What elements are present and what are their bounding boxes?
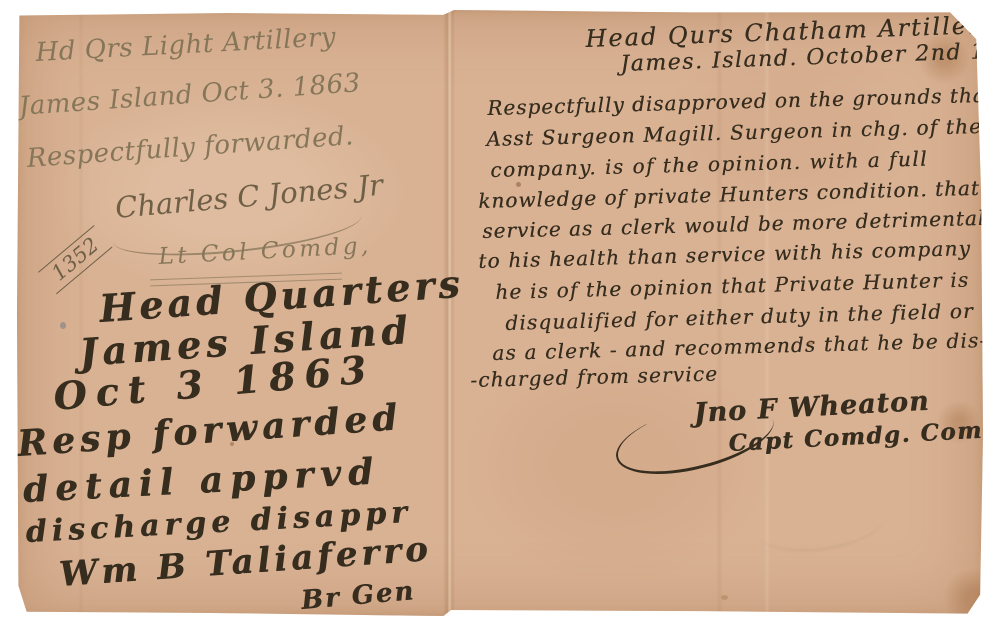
body-line: -charged from service (470, 364, 718, 390)
foxing-spot (516, 182, 521, 187)
pencil-endorsement-dateline: James Island Oct 3. 1863 (18, 70, 361, 120)
pencil-endorsement-heading: Hd Qrs Light Artillery (35, 24, 337, 66)
body-line: company. is of the opinion. with a full (490, 149, 928, 180)
body-line: to his health than service with his comp… (478, 238, 971, 271)
jones-signature: Charles C Jones Jr (114, 171, 384, 223)
pencil-endorsement-forwarded: Respectfully forwarded. (26, 123, 355, 172)
body-line: he is of the opinion that Private Hunter… (495, 270, 970, 302)
jones-rank-line: Lt Col Comdg, (158, 235, 372, 269)
body-line: knowledge of private Hunters condition. … (478, 178, 980, 211)
foxing-spot (721, 595, 728, 600)
center-fold-crease (443, 10, 455, 616)
docket-number: 1352 (38, 225, 113, 294)
ink-speck (60, 322, 66, 329)
body-line: Asst Surgeon Magill. Surgeon in chg. of … (486, 116, 982, 149)
body-line: disqualified for either duty in the fiel… (505, 301, 974, 333)
document-paper: Hd Qrs Light Artillery James Island Oct … (16, 10, 983, 616)
body-line: Respectfully disapproved on the grounds … (487, 85, 995, 118)
scanned-letter-canvas: Hd Qrs Light Artillery James Island Oct … (0, 0, 1000, 634)
ink-ghost-smudge (753, 489, 889, 559)
body-line: as a clerk - and recommends that he be d… (492, 330, 988, 363)
taliaferro-rank: Br Gen (300, 578, 416, 614)
body-line: service as a clerk would be more detrime… (482, 208, 985, 241)
